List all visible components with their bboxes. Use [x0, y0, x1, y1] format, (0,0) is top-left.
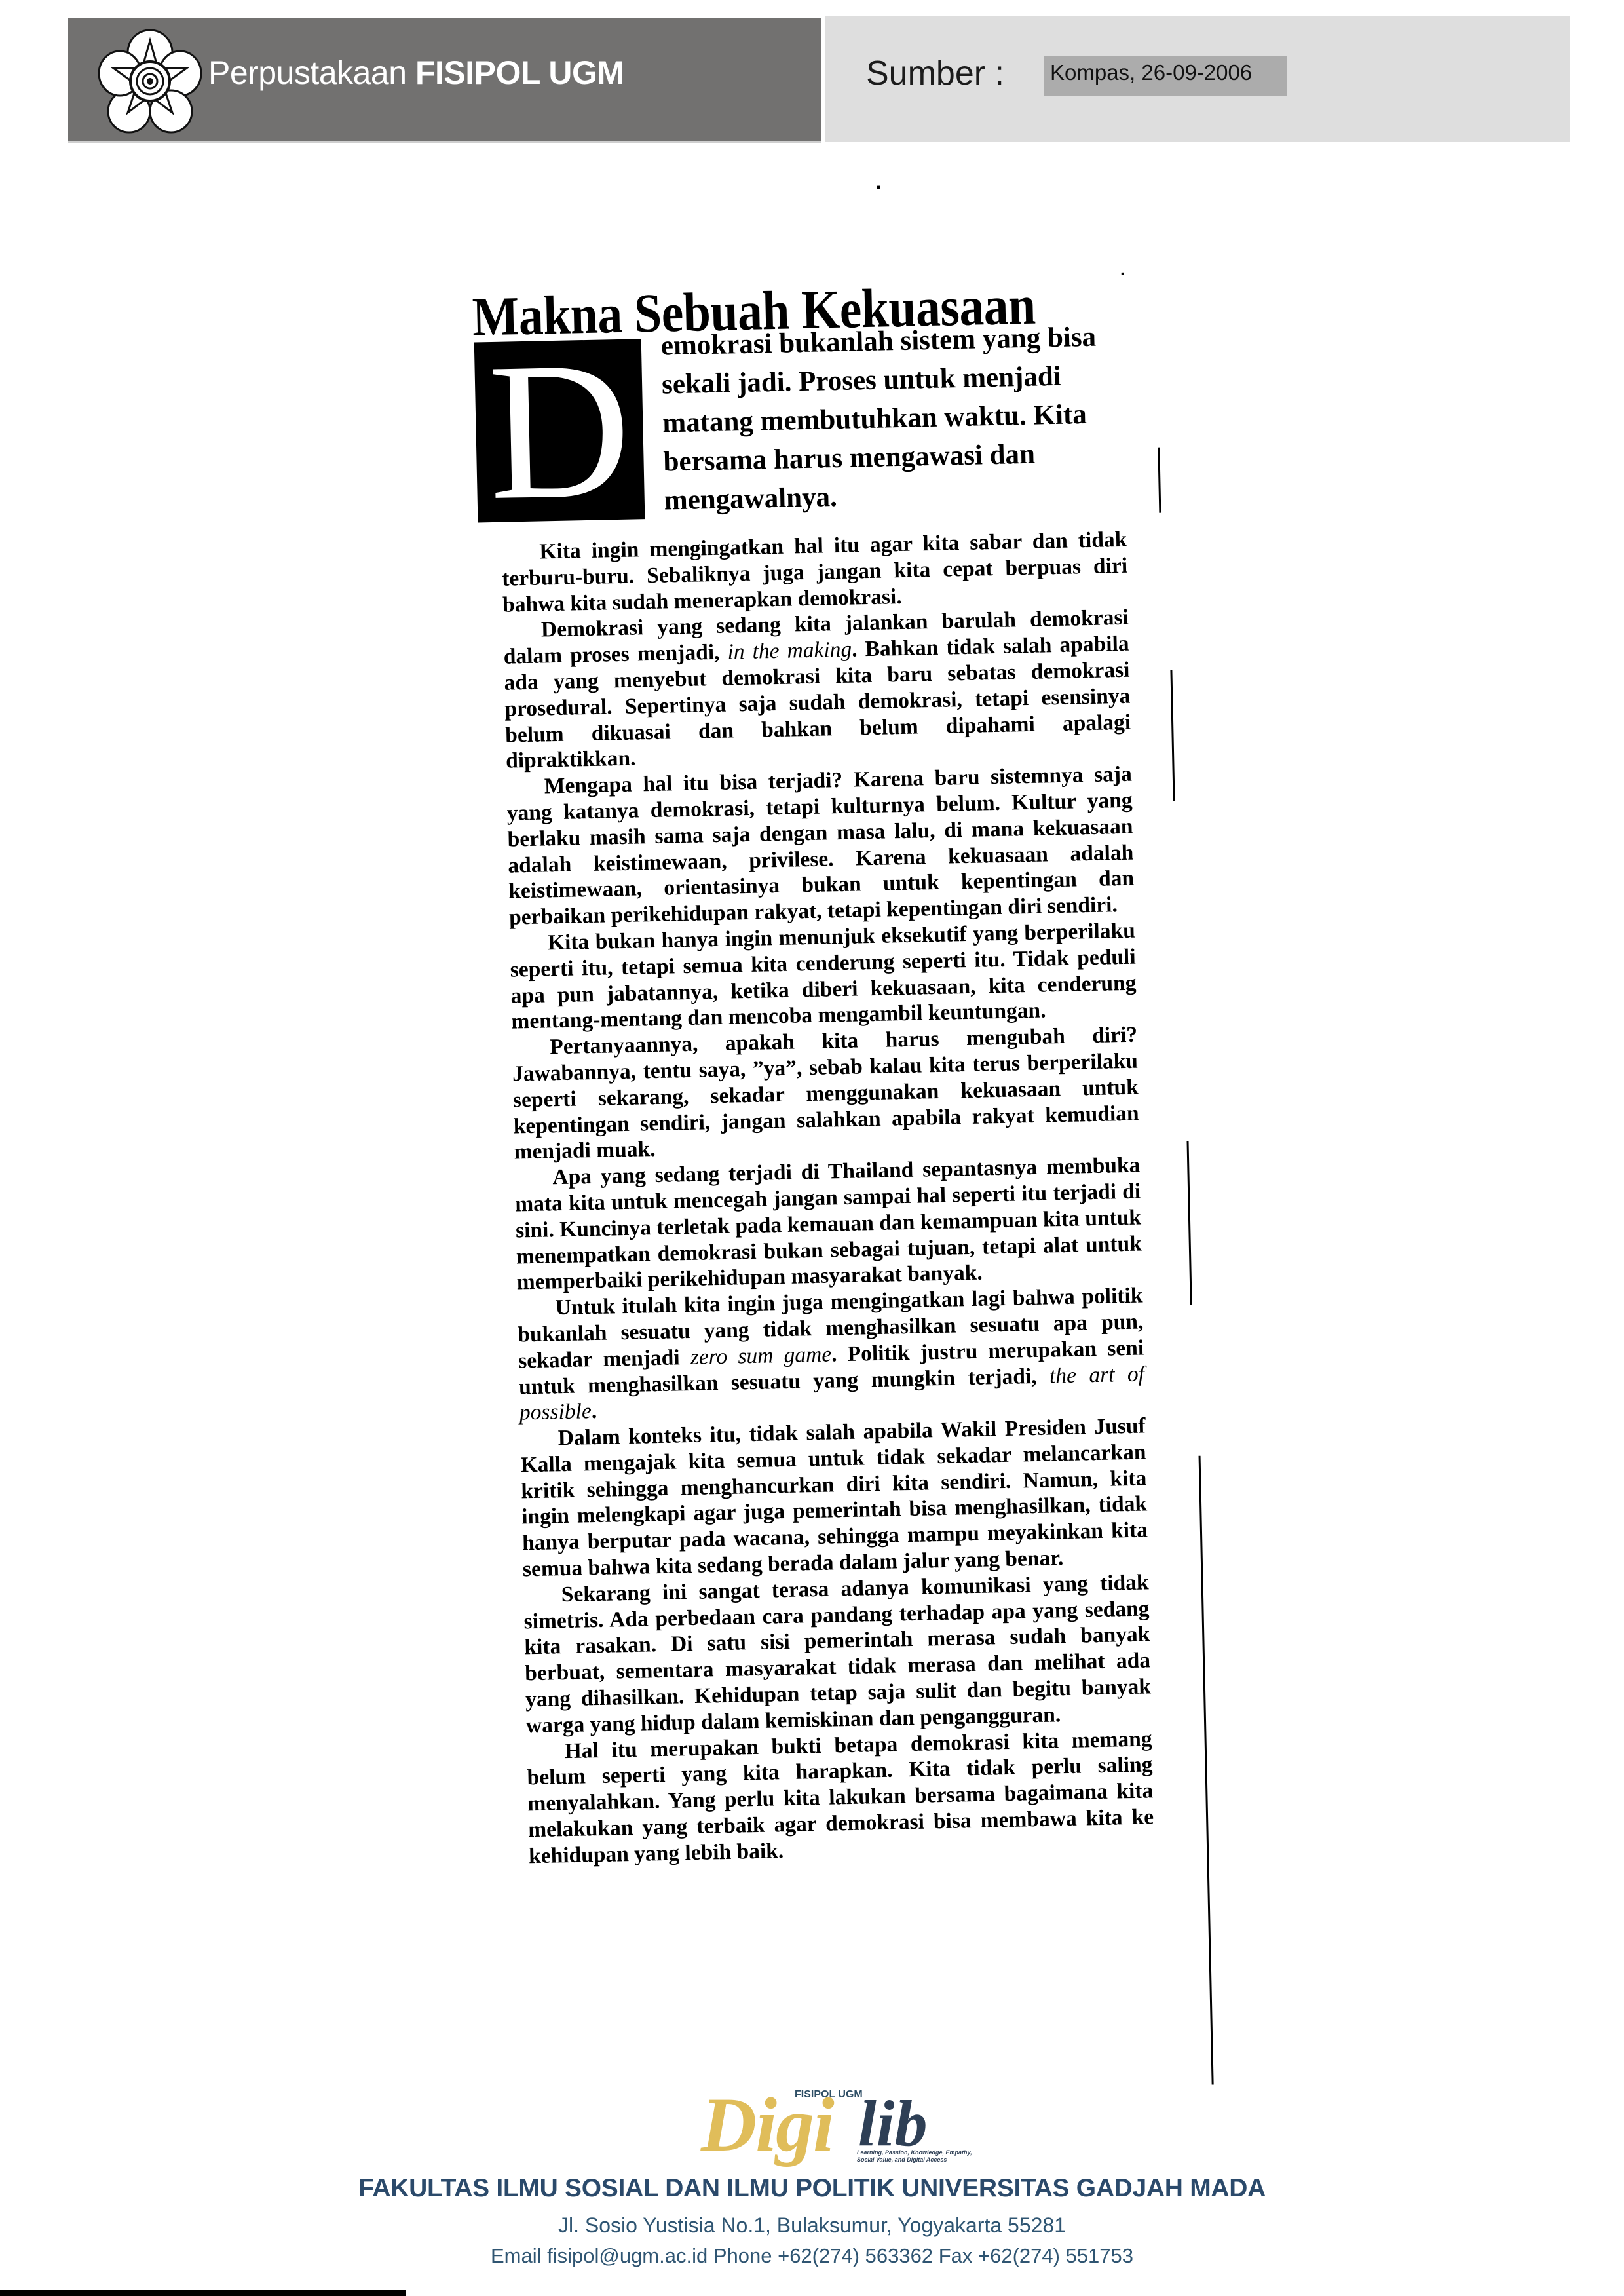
library-title-prefix: Perpustakaan [208, 54, 415, 91]
ugm-emblem-icon [97, 28, 203, 139]
drop-cap: D [474, 339, 645, 522]
digilib-tagline-line: Social Value, and Digital Access [857, 2156, 972, 2164]
article-lead: emokrasi bukanlah sistem yang bisa sekal… [660, 317, 1110, 520]
paragraph: Kita ingin mengingatkan hal itu agar kit… [501, 527, 1128, 618]
paragraph: Sekarang ini sangat terasa adanya komuni… [523, 1569, 1152, 1739]
scan-edge-line [0, 2290, 406, 2296]
paragraph: Dalam konteks itu, tidak salah apabila W… [519, 1413, 1148, 1583]
scan-speck [877, 186, 880, 189]
paragraph: Apa yang sedang terjadi di Thailand sepa… [514, 1153, 1142, 1296]
article-body: Kita ingin mengingatkan hal itu agar kit… [501, 527, 1154, 1869]
paragraph: Kita bukan hanya ingin menunjuk eksekuti… [510, 918, 1137, 1035]
digilib-tagline: Learning, Passion, Knowledge, Empathy, S… [857, 2149, 972, 2164]
faculty-contact: Email fisipol@ugm.ac.id Phone +62(274) 5… [0, 2244, 1624, 2268]
paragraph: Mengapa hal itu bisa terjadi? Karena bar… [506, 761, 1135, 931]
paragraph: Demokrasi yang sedang kita jalankan baru… [503, 605, 1132, 775]
library-title-name: FISIPOL UGM [415, 54, 624, 91]
column-rule [1170, 670, 1175, 801]
faculty-address: Jl. Sosio Yustisia No.1, Bulaksumur, Yog… [0, 2213, 1624, 2238]
source-label: Sumber : [866, 54, 1004, 93]
newspaper-clipping: Makna Sebuah Kekuasaan D emokrasi bukanl… [459, 210, 1270, 2080]
paragraph-italic: in the making [727, 638, 852, 664]
digilib-tagline-line: Learning, Passion, Knowledge, Empathy, [857, 2149, 972, 2156]
faculty-name: FAKULTAS ILMU SOSIAL DAN ILMU POLITIK UN… [0, 2174, 1624, 2203]
digilib-logo: Digi FISIPOL UGM lib Learning, Passion, … [694, 2080, 950, 2179]
column-rule [1199, 1456, 1214, 2085]
paragraph-text: . [591, 1399, 597, 1423]
scan-speck [1122, 273, 1124, 275]
source-value: Kompas, 26-09-2006 [1050, 60, 1252, 85]
column-rule [1158, 448, 1161, 513]
column-rule [1187, 1141, 1192, 1305]
paragraph: Pertanyaannya, apakah kita harus menguba… [512, 1022, 1140, 1166]
paragraph: Untuk itulah kita ingin juga mengingatka… [517, 1283, 1145, 1426]
paragraph-italic: zero sum game [690, 1342, 831, 1369]
library-title: Perpustakaan FISIPOL UGM [208, 54, 624, 92]
paragraph: Hal itu merupakan bukti betapa demokrasi… [526, 1726, 1154, 1869]
digilib-logo-org: FISIPOL UGM [795, 2089, 863, 2101]
